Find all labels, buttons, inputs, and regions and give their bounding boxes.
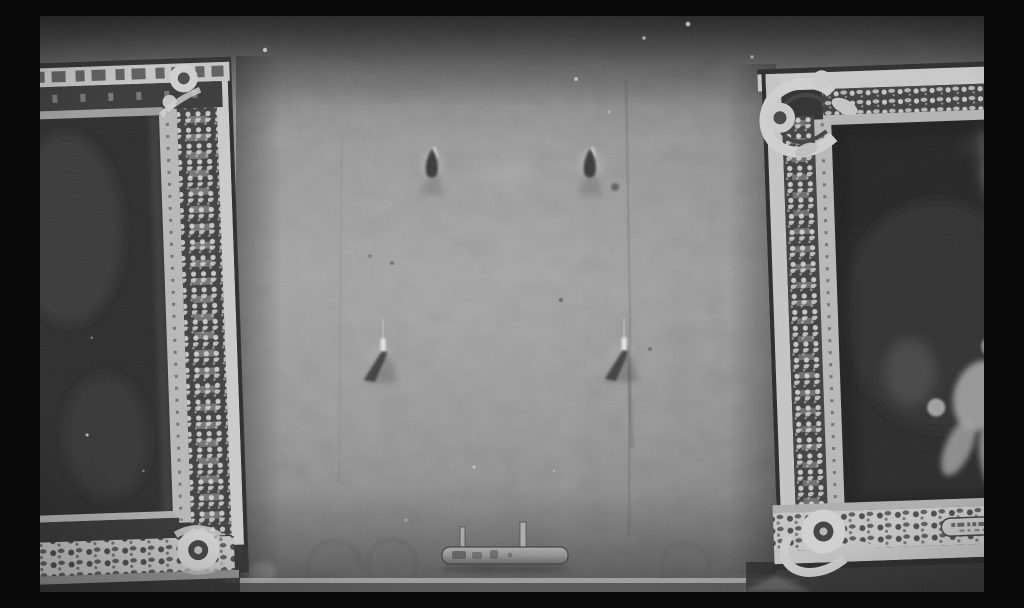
photo-canvas bbox=[40, 16, 984, 592]
historic-photograph bbox=[40, 16, 984, 592]
vignette bbox=[40, 16, 984, 592]
